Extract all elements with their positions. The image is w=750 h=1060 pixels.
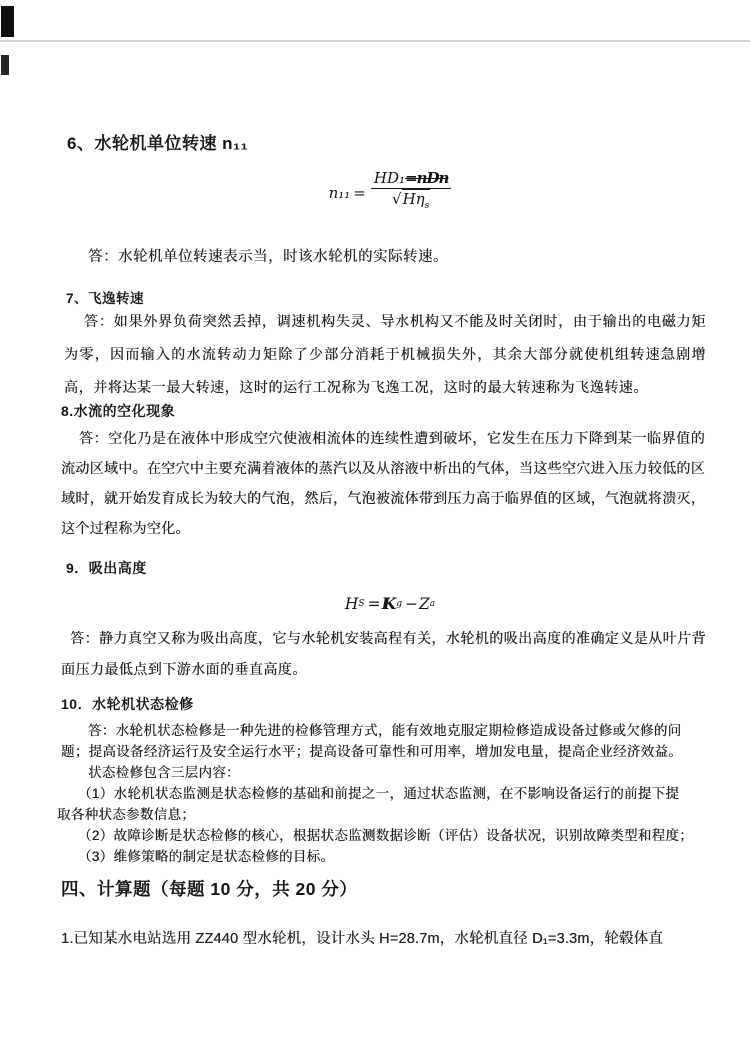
answer-10-line: （2）故障诊断是状态检修的核心，根据状态监测数据诊断（评估）设备状况，识别故障类… bbox=[57, 825, 707, 846]
question-7-heading: 7、飞逸转速 bbox=[66, 287, 144, 307]
answer-10-line: （1）水轮机状态监测是状态检修的基础和前提之一，通过状态监测，在不影响设备运行的… bbox=[57, 783, 707, 804]
question-9-heading: 9．吸出高度 bbox=[66, 558, 147, 578]
radicand: Hηs bbox=[402, 189, 431, 208]
numerator-overlap: =nDn bbox=[405, 169, 448, 187]
scan-artifact-mark-small bbox=[1, 55, 9, 75]
answer-10-line: 取各种状态参数信息； bbox=[57, 804, 707, 825]
formula-rhs: Z bbox=[419, 595, 430, 613]
answer-10-line: （3）维修策略的制定是状态检修的目标。 bbox=[57, 846, 707, 867]
answer-8-text: 答：空化乃是在液体中形成空穴使液相流体的连续性遭到破坏，它发生在压力下降到某一临… bbox=[61, 423, 705, 543]
lhs-subscript: S bbox=[358, 599, 364, 609]
fraction: HD₁=nDn√Hηs bbox=[371, 170, 452, 215]
equals-sign: = bbox=[353, 184, 366, 202]
answer-10-line: 题；提高设备经济运行及安全运行水平；提高设备可靠性和可用率，增加发电量，提高企业… bbox=[57, 741, 707, 762]
answer-9-text: 答：静力真空又称为吸出高度，它与水轮机安装高程有关，水轮机的吸出高度的准确定义是… bbox=[61, 623, 706, 685]
radicand-text: Hη bbox=[403, 190, 425, 208]
section-4-heading: 四、计算题（每题 10 分，共 20 分） bbox=[61, 876, 357, 901]
rhs-subscript: a bbox=[430, 599, 435, 609]
equals-sign: = bbox=[368, 595, 381, 613]
calc-problem-1-text: 1.已知某水电站选用 ZZ440 型水轮机，设计水头 H=28.7m，水轮机直径… bbox=[61, 927, 663, 948]
answer-7-text: 答：如果外界负荷突然丢掉，调速机构失灵、导水机构又不能及时关闭时，由于输出的电磁… bbox=[64, 305, 706, 404]
document-page: 6、水轮机单位转速 n₁₁ n₁₁=HD₁=nDn√Hηs 答：水轮机单位转速表… bbox=[0, 0, 750, 1060]
fraction-numerator: HD₁=nDn bbox=[371, 170, 452, 189]
formula-unit-speed: n₁₁=HD₁=nDn√Hηs bbox=[305, 170, 475, 215]
scan-artifact-mark-large bbox=[1, 6, 14, 37]
answer-10-line: 答：水轮机状态检修是一种先进的检修管理方式，能有效地克服定期检修造成设备过修或欠… bbox=[57, 720, 707, 741]
question-6-heading: 6、水轮机单位转速 n₁₁ bbox=[67, 129, 248, 154]
question-8-heading: 8.水流的空化现象 bbox=[61, 401, 175, 421]
formula-lhs: n₁₁ bbox=[329, 184, 351, 202]
answer-10-text: 答：水轮机状态检修是一种先进的检修管理方式，能有效地克服定期检修造成设备过修或欠… bbox=[57, 720, 707, 867]
formula-lhs: H bbox=[345, 595, 359, 613]
numerator-main: HD₁ bbox=[374, 169, 405, 187]
answer-6-text: 答：水轮机单位转速表示当，时该水轮机的实际转速。 bbox=[88, 245, 448, 266]
radical-sign: √ bbox=[392, 190, 402, 208]
formula-suction-height: HS=IKg−Za bbox=[315, 594, 465, 613]
overlap-glyph-b: K bbox=[383, 594, 396, 613]
minus-sign: − bbox=[405, 595, 418, 613]
fraction-denominator: √Hηs bbox=[392, 189, 430, 215]
top-divider bbox=[0, 40, 750, 42]
answer-10-line: 状态检修包含三层内容： bbox=[57, 762, 707, 783]
question-10-heading: 10．水轮机状态检修 bbox=[61, 694, 194, 714]
overlap-subscript: g bbox=[396, 599, 402, 609]
radicand-subscript: s bbox=[425, 201, 430, 211]
